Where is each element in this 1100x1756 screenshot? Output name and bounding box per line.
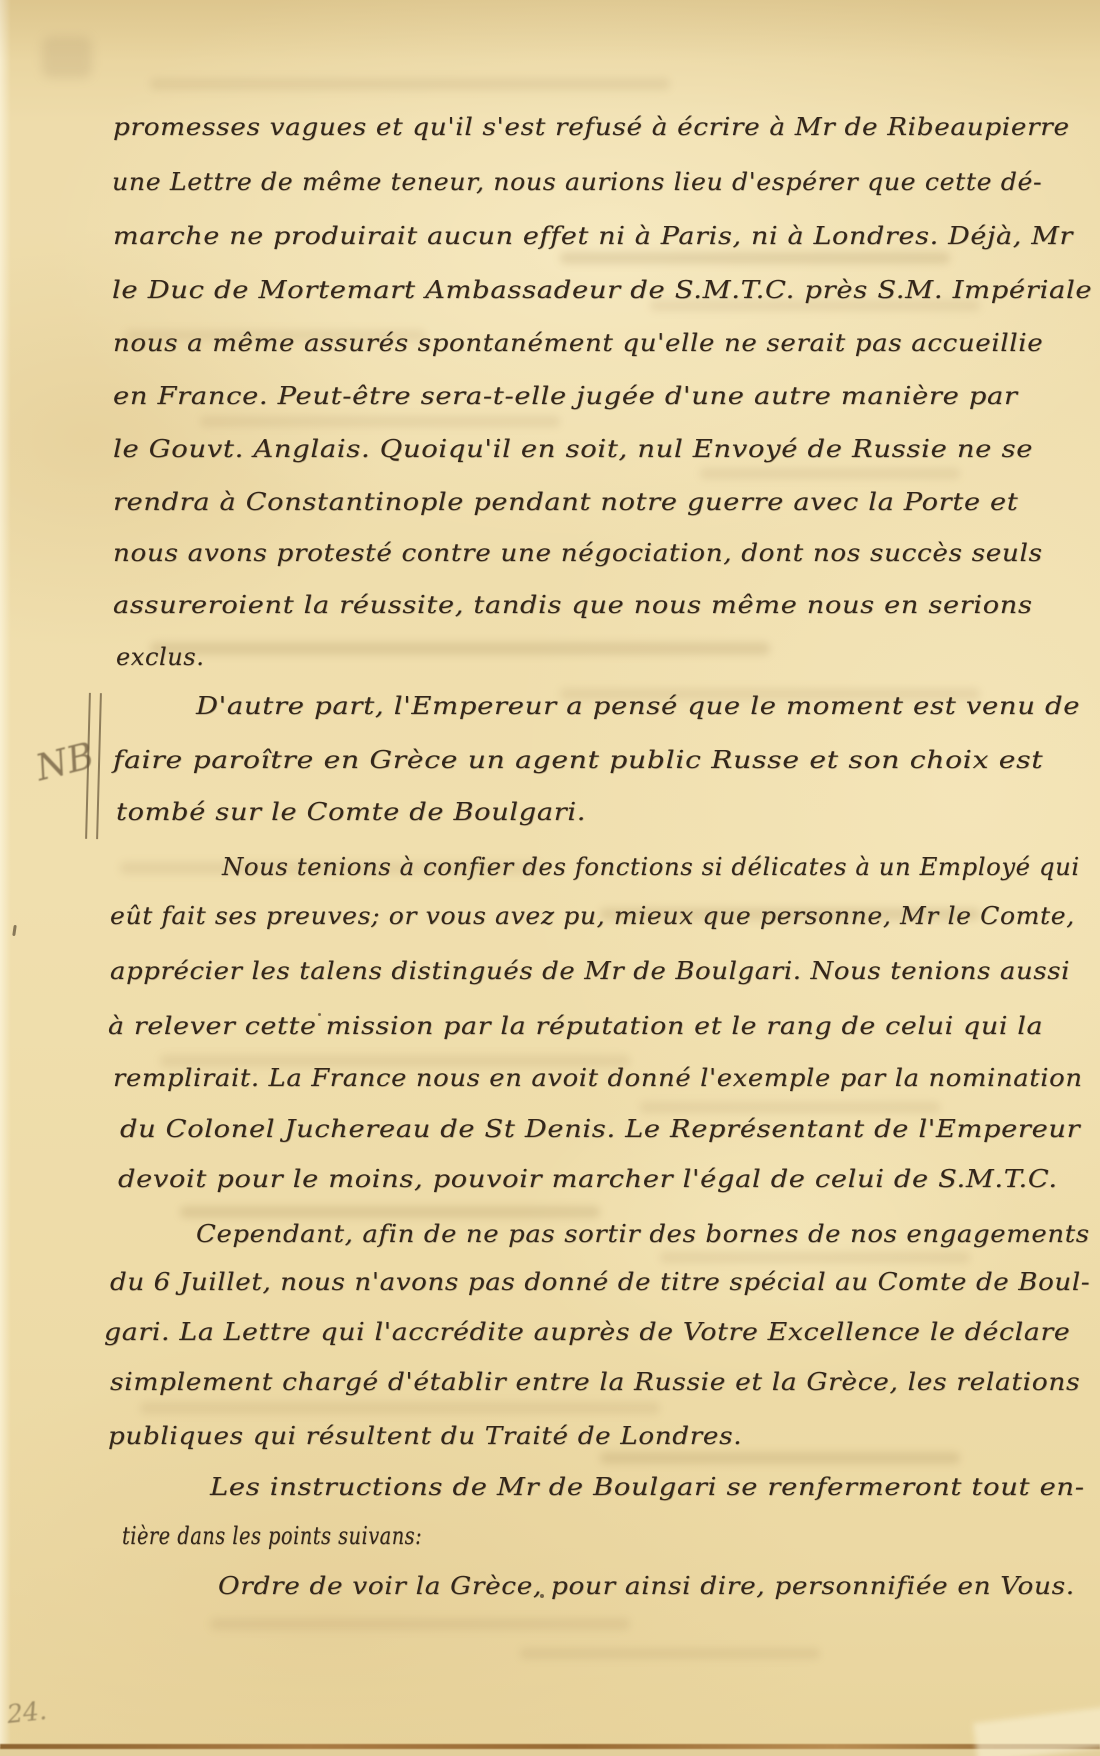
- manuscript-line: tombé sur le Comte de Boulgari.: [116, 796, 586, 828]
- manuscript-line: faire paroître en Grèce un agent public …: [113, 744, 1043, 776]
- manuscript-line: apprécier les talens distingués de Mr de…: [110, 955, 1070, 987]
- paper-top-shading: [0, 0, 1100, 60]
- manuscript-line: eût fait ses preuves; or vous avez pu, m…: [110, 900, 1075, 932]
- manuscript-line: simplement chargé d'établir entre la Rus…: [110, 1366, 1080, 1398]
- manuscript-line: à relever cette mission par la réputatio…: [108, 1010, 1043, 1042]
- bleed-through-smudge: [660, 1252, 970, 1263]
- faint-pencil-smudge: [42, 36, 92, 78]
- paper-corner-highlight: [973, 1705, 1100, 1756]
- manuscript-line: rendra à Constantinople pendant notre gu…: [113, 486, 1018, 518]
- manuscript-line: exclus.: [116, 641, 204, 673]
- manuscript-line: une Lettre de même teneur, nous aurions …: [112, 166, 1042, 198]
- bleed-through-smudge: [180, 1206, 600, 1218]
- bleed-through-smudge: [520, 1648, 820, 1659]
- manuscript-line: gari. La Lettre qui l'accrédite auprès d…: [104, 1316, 1070, 1348]
- bleed-through-smudge: [600, 1452, 960, 1464]
- margin-tick-mark: [12, 925, 17, 936]
- bleed-through-smudge: [640, 1102, 940, 1113]
- bleed-through-smudge: [140, 1402, 660, 1414]
- manuscript-line: remplirait. La France nous en avoit donn…: [113, 1062, 1083, 1094]
- bleed-through-smudge: [150, 78, 670, 90]
- bleed-through-smudge: [200, 416, 560, 427]
- bleed-through-smudge: [700, 468, 960, 479]
- manuscript-line: le Gouvt. Anglais. Quoiqu'il en soit, nu…: [113, 433, 1033, 465]
- manuscript-line: Les instructions de Mr de Boulgari se re…: [210, 1471, 1085, 1503]
- manuscript-line: nous avons protesté contre une négociati…: [113, 537, 1043, 569]
- paper-bottom-edge-line: [0, 1744, 1100, 1749]
- manuscript-line: nous a même assurés spontanément qu'elle…: [113, 327, 1043, 359]
- manuscript-line: promesses vagues et qu'il s'est refusé à…: [113, 111, 1070, 143]
- paper-left-edge: [0, 0, 11, 1756]
- manuscript-line: Cependant, afin de ne pas sortir des bor…: [196, 1218, 1090, 1250]
- margin-emphasis-double-bar: [85, 693, 102, 839]
- manuscript-line: le Duc de Mortemart Ambassadeur de S.M.T…: [112, 274, 1092, 306]
- bleed-through-smudge: [150, 642, 770, 655]
- manuscript-line: publiques qui résultent du Traité de Lon…: [108, 1420, 742, 1452]
- manuscript-page: NB 24. promesses vagues et qu'il s'est r…: [0, 0, 1100, 1756]
- manuscript-line: du Colonel Juchereau de St Denis. Le Rep…: [120, 1113, 1080, 1145]
- manuscript-line: devoit pour le moins, pouvoir marcher l'…: [118, 1163, 1058, 1195]
- manuscript-line: Ordre de voir la Grèce, pour ainsi dire,…: [218, 1570, 1075, 1602]
- manuscript-line: D'autre part, l'Empereur a pensé que le …: [196, 690, 1080, 722]
- manuscript-line: du 6 Juillet, nous n'avons pas donné de …: [110, 1266, 1090, 1298]
- manuscript-line: Nous tenions à confier des fonctions si …: [222, 851, 1080, 883]
- manuscript-line: tière dans les points suivans:: [122, 1520, 422, 1552]
- manuscript-line: assureroient la réussite, tandis que nou…: [113, 589, 1033, 621]
- pencil-page-number: 24.: [6, 1696, 49, 1729]
- manuscript-line: en France. Peut-être sera-t-elle jugée d…: [113, 380, 1018, 412]
- bleed-through-smudge: [560, 252, 950, 264]
- manuscript-line: marche ne produirait aucun effet ni à Pa…: [113, 220, 1073, 252]
- bleed-through-smudge: [210, 1618, 630, 1630]
